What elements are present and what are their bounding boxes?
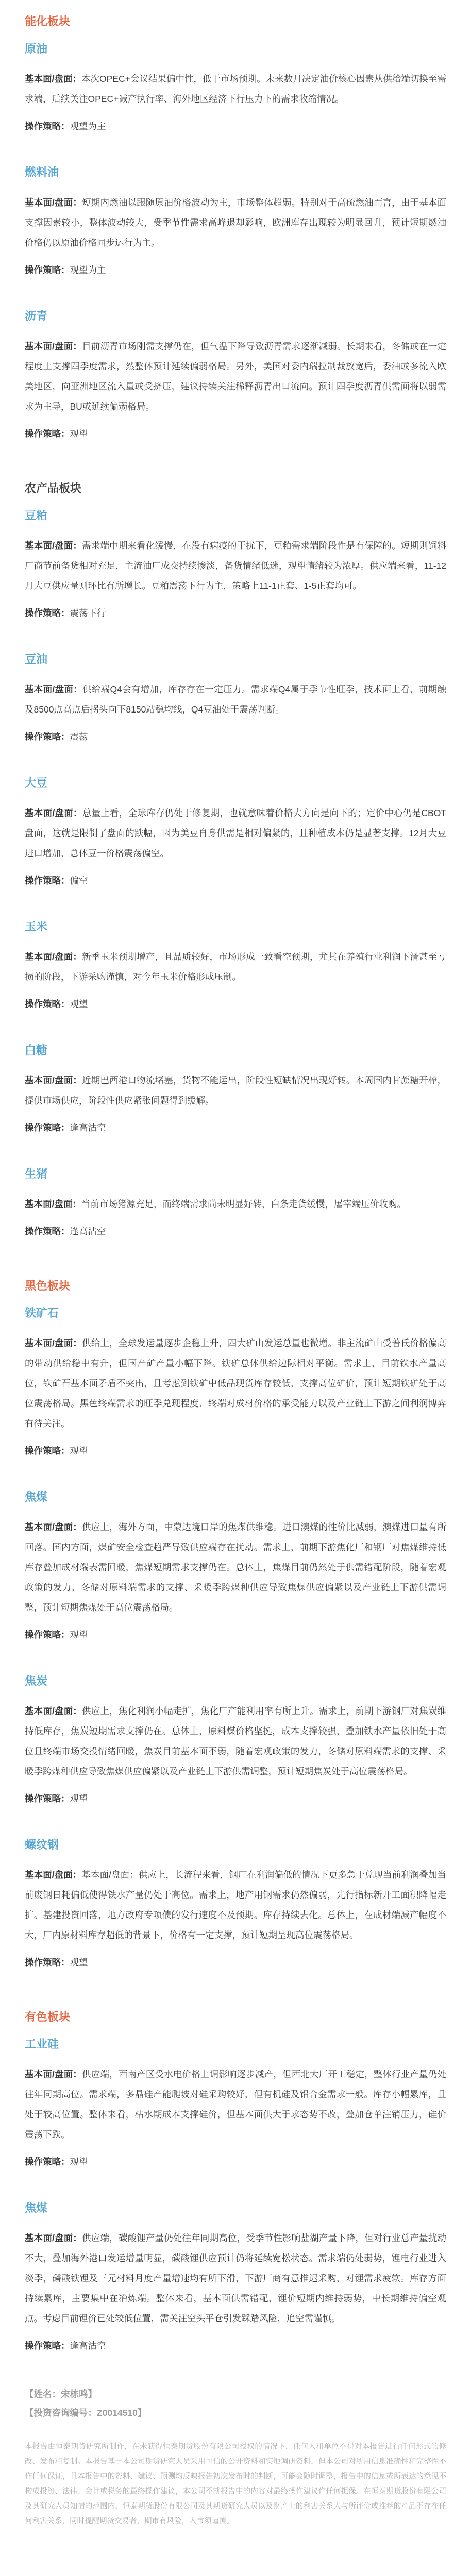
commodity-lithium-carbonate-titled-coking-coal: 焦煤 基本面/盘面：供应端，碳酸锂产量仍处往年同期高位，受季节性影响盐湖产量下降… bbox=[25, 2201, 446, 2356]
strategy-label: 操作策略： bbox=[25, 1123, 70, 1133]
commodity-title-industrial-silicon: 工业硅 bbox=[25, 2037, 446, 2051]
fundamental-text: 短期内燃油以跟随原油价格波动为主，市场整体趋弱。特别对于高硫燃油而言，由于基本面… bbox=[25, 197, 446, 248]
fundamental-paragraph: 基本面/盘面：总量上看，全球库存仍处于修复期，也就意味着价格大方向是向下的；定价… bbox=[25, 803, 446, 863]
fundamental-paragraph: 基本面/盘面：目前沥青市场刚需支撑仍在，但气温下降导致沥青需求逐渐减弱。长期来看… bbox=[25, 336, 446, 417]
strategy-label: 操作策略： bbox=[25, 1630, 70, 1640]
fundamental-text: 当前市场猪源充足，而终端需求尚未明显好转，白条走货缓慢，屠宰端压价收购。 bbox=[81, 1199, 406, 1209]
section-ferrous: 黑色板块 铁矿石 基本面/盘面：供给上，全球发运量逐步企稳上升，四大矿山发运总量… bbox=[25, 1270, 446, 1973]
commodity-iron-ore: 铁矿石 基本面/盘面：供给上，全球发运量逐步企稳上升，四大矿山发运总量也微增。非… bbox=[25, 1306, 446, 1461]
fundamental-label: 基本面/盘面： bbox=[25, 540, 82, 551]
fundamental-text: 新季玉米预期增产，且品质较好，市场形成一致看空预期，尤其在养殖行业利润下滑甚至亏… bbox=[25, 952, 446, 982]
fundamental-label: 基本面/盘面： bbox=[25, 1522, 82, 1532]
commodity-soybean-meal: 豆粕 基本面/盘面：需求端中期来看化缓慢，在没有病疫的干扰下，豆粕需求端阶段性是… bbox=[25, 509, 446, 623]
commodity-white-sugar: 白糖 基本面/盘面：近期巴西港口物流堵塞，货物不能运出，阶段性短缺情况出现好转。… bbox=[25, 1043, 446, 1138]
fundamental-label: 基本面/盘面： bbox=[25, 74, 81, 84]
fundamental-label: 基本面/盘面： bbox=[25, 197, 82, 208]
strategy-label: 操作策略： bbox=[25, 2341, 70, 2351]
strategy-paragraph: 操作策略：观望 bbox=[25, 1789, 446, 1809]
commodity-title-live-hog: 生猪 bbox=[25, 1167, 446, 1181]
strategy-text: 观望 bbox=[70, 1630, 88, 1640]
strategy-paragraph: 操作策略：观望为主 bbox=[25, 260, 446, 280]
fundamental-text: 供给上，全球发运量逐步企稳上升，四大矿山发运总量也微增。非主流矿山受普氏价格偏高… bbox=[25, 1338, 446, 1429]
strategy-paragraph: 操作策略：观望 bbox=[25, 994, 446, 1014]
strategy-paragraph: 操作策略：逢高沽空 bbox=[25, 1222, 446, 1242]
strategy-text: 观望 bbox=[70, 999, 88, 1009]
strategy-label: 操作策略： bbox=[25, 732, 70, 742]
commodity-coke: 焦炭 基本面/盘面：供应上，焦化利润小幅走扩，焦化厂产能利用率有所上升。需求上，… bbox=[25, 1674, 446, 1809]
strategy-label: 操作策略： bbox=[25, 608, 70, 618]
section-title-nonferrous: 有色板块 bbox=[25, 2002, 446, 2024]
strategy-text: 观望 bbox=[70, 1957, 88, 1968]
strategy-paragraph: 操作策略：观望 bbox=[25, 1953, 446, 1973]
fundamental-label: 基本面/盘面： bbox=[25, 684, 82, 694]
fundamental-paragraph: 基本面/盘面：供给端Q4会有增加，库存存在一定压力。需求端Q4属于季节性旺季，技… bbox=[25, 680, 446, 720]
fundamental-paragraph: 基本面/盘面：供应端，西南产区受水电价格上调影响逐步减产，但西北大厂开工稳定，整… bbox=[25, 2064, 446, 2145]
fundamental-text: 总量上看，全球库存仍处于修复期，也就意味着价格大方向是向下的；定价中心仍是CBO… bbox=[25, 808, 446, 858]
fundamental-text: 基本面/盘面：供应上，长流程来看，钢厂在利润偏低的情况下更多急于兑现当前利润叠加… bbox=[25, 1870, 446, 1940]
fundamental-text: 目前沥青市场刚需支撑仍在，但气温下降导致沥青需求逐渐减弱。长期来看，冬储或在一定… bbox=[25, 341, 446, 412]
strategy-label: 操作策略： bbox=[25, 1793, 70, 1804]
fundamental-label: 基本面/盘面： bbox=[25, 1870, 81, 1880]
strategy-text: 观望为主 bbox=[70, 121, 106, 131]
commodity-fuel-oil: 燃料油 基本面/盘面：短期内燃油以跟随原油价格波动为主，市场整体趋弱。特别对于高… bbox=[25, 165, 446, 280]
strategy-paragraph: 操作策略：震荡 bbox=[25, 727, 446, 747]
fundamental-label: 基本面/盘面： bbox=[25, 341, 82, 351]
strategy-text: 观望 bbox=[70, 1446, 88, 1456]
strategy-text: 观望 bbox=[70, 1793, 88, 1804]
section-title-energy-chemical: 能化板块 bbox=[25, 14, 446, 28]
fundamental-text: 近期巴西港口物流堵塞，货物不能运出，阶段性短缺情况出现好转。本周国内甘蔗糖开榨，… bbox=[25, 1075, 446, 1106]
fundamental-paragraph: 基本面/盘面：短期内燃油以跟随原油价格波动为主，市场整体趋弱。特别对于高硫燃油而… bbox=[25, 193, 446, 253]
commodity-title-soybean-oil: 豆油 bbox=[25, 652, 446, 666]
commodity-title-iron-ore: 铁矿石 bbox=[25, 1306, 446, 1320]
fundamental-paragraph: 基本面/盘面：供应端，碳酸锂产量仍处往年同期高位，受季节性影响盐湖产量下降，但对… bbox=[25, 2228, 446, 2329]
strategy-paragraph: 操作策略：偏空 bbox=[25, 871, 446, 891]
fundamental-text: 供应端，西南产区受水电价格上调影响逐步减产，但西北大厂开工稳定，整体行业产量仍处… bbox=[25, 2069, 446, 2140]
commodity-coking-coal: 焦煤 基本面/盘面：供应上，海外方面，中蒙边境口岸的焦煤供维稳。进口澳煤的性价比… bbox=[25, 1490, 446, 1645]
fundamental-paragraph: 基本面/盘面：本次OPEC+会议结果偏中性，低于市场预期。未来数月决定油价核心因… bbox=[25, 69, 446, 109]
strategy-text: 逢高沽空 bbox=[70, 1123, 106, 1133]
author-block: 【姓名：宋栋鸣】 【投资咨询编号：Z0014510】 bbox=[25, 2385, 446, 2422]
commodity-title-soybean: 大豆 bbox=[25, 776, 446, 790]
strategy-text: 观望为主 bbox=[70, 265, 106, 275]
commodity-title-corn: 玉米 bbox=[25, 920, 446, 934]
commodity-title-coking-coal-2: 焦煤 bbox=[25, 2201, 446, 2215]
commodity-title-white-sugar: 白糖 bbox=[25, 1043, 446, 1057]
fundamental-label: 基本面/盘面： bbox=[25, 1706, 82, 1716]
commodity-title-soybean-meal: 豆粕 bbox=[25, 509, 446, 522]
author-name-line: 【姓名：宋栋鸣】 bbox=[25, 2385, 446, 2403]
fundamental-label: 基本面/盘面： bbox=[25, 2069, 82, 2079]
strategy-text: 观望 bbox=[70, 429, 88, 439]
fundamental-paragraph: 基本面/盘面：供应上，焦化利润小幅走扩，焦化厂产能利用率有所上升。需求上，前期下… bbox=[25, 1701, 446, 1782]
strategy-label: 操作策略： bbox=[25, 999, 70, 1009]
fundamental-paragraph: 基本面/盘面：基本面/盘面：供应上，长流程来看，钢厂在利润偏低的情况下更多急于兑… bbox=[25, 1865, 446, 1945]
commodity-soybean: 大豆 基本面/盘面：总量上看，全球库存仍处于修复期，也就意味着价格大方向是向下的… bbox=[25, 776, 446, 891]
commodity-rebar: 螺纹钢 基本面/盘面：基本面/盘面：供应上，长流程来看，钢厂在利润偏低的情况下更… bbox=[25, 1838, 446, 1973]
fundamental-text: 供给端Q4会有增加，库存存在一定压力。需求端Q4属于季节性旺季，技术面上看，前期… bbox=[25, 684, 446, 715]
author-license-line: 【投资咨询编号：Z0014510】 bbox=[25, 2403, 446, 2422]
section-title-agriculture: 农产品板块 bbox=[25, 473, 446, 495]
fundamental-text: 需求端中期来看化缓慢，在没有病疫的干扰下，豆粕需求端阶段性是有保障的。短期则饲料… bbox=[25, 540, 446, 591]
fundamental-label: 基本面/盘面： bbox=[25, 1338, 82, 1348]
fundamental-label: 基本面/盘面： bbox=[25, 808, 82, 818]
disclaimer-text: 本报告由恒泰期货研究所制作，在未获得恒泰期货股份有限公司授权的情况下，任何人和单… bbox=[25, 2439, 446, 2529]
strategy-paragraph: 操作策略：逢高沽空 bbox=[25, 2336, 446, 2356]
commodity-asphalt: 沥青 基本面/盘面：目前沥青市场刚需支撑仍在，但气温下降导致沥青需求逐渐减弱。长… bbox=[25, 309, 446, 444]
section-agriculture: 农产品板块 豆粕 基本面/盘面：需求端中期来看化缓慢，在没有病疫的干扰下，豆粕需… bbox=[25, 473, 446, 1242]
strategy-paragraph: 操作策略：观望 bbox=[25, 2152, 446, 2172]
commodity-title-rebar: 螺纹钢 bbox=[25, 1838, 446, 1852]
strategy-paragraph: 操作策略：逢高沽空 bbox=[25, 1118, 446, 1138]
strategy-label: 操作策略： bbox=[25, 2157, 70, 2167]
strategy-paragraph: 操作策略：观望 bbox=[25, 424, 446, 444]
commodity-soybean-oil: 豆油 基本面/盘面：供给端Q4会有增加，库存存在一定压力。需求端Q4属于季节性旺… bbox=[25, 652, 446, 747]
strategy-label: 操作策略： bbox=[25, 1957, 70, 1968]
fundamental-paragraph: 基本面/盘面：新季玉米预期增产，且品质较好，市场形成一致看空预期，尤其在养殖行业… bbox=[25, 947, 446, 987]
strategy-text: 逢高沽空 bbox=[70, 1226, 106, 1236]
commodity-title-crude-oil: 原油 bbox=[25, 42, 446, 56]
commodity-title-coke: 焦炭 bbox=[25, 1674, 446, 1688]
strategy-label: 操作策略： bbox=[25, 1226, 70, 1236]
fundamental-paragraph: 基本面/盘面：当前市场猪源充足，而终端需求尚未明显好转，白条走货缓慢，屠宰端压价… bbox=[25, 1194, 446, 1214]
fundamental-paragraph: 基本面/盘面：近期巴西港口物流堵塞，货物不能运出，阶段性短缺情况出现好转。本周国… bbox=[25, 1071, 446, 1111]
commodity-title-coking-coal: 焦煤 bbox=[25, 1490, 446, 1504]
section-energy-chemical: 能化板块 原油 基本面/盘面：本次OPEC+会议结果偏中性，低于市场预期。未来数… bbox=[25, 14, 446, 444]
commodity-crude-oil: 原油 基本面/盘面：本次OPEC+会议结果偏中性，低于市场预期。未来数月决定油价… bbox=[25, 42, 446, 137]
commodity-industrial-silicon: 工业硅 基本面/盘面：供应端，西南产区受水电价格上调影响逐步减产，但西北大厂开工… bbox=[25, 2037, 446, 2172]
strategy-label: 操作策略： bbox=[25, 265, 70, 275]
strategy-paragraph: 操作策略：观望为主 bbox=[25, 116, 446, 137]
strategy-paragraph: 操作策略：观望 bbox=[25, 1625, 446, 1645]
strategy-label: 操作策略： bbox=[25, 875, 70, 886]
fundamental-text: 供应上，焦化利润小幅走扩，焦化厂产能利用率有所上升。需求上，前期下游钢厂对焦炭维… bbox=[25, 1706, 446, 1776]
commodity-live-hog: 生猪 基本面/盘面：当前市场猪源充足，而终端需求尚未明显好转，白条走货缓慢，屠宰… bbox=[25, 1167, 446, 1242]
fundamental-label: 基本面/盘面： bbox=[25, 1199, 81, 1209]
strategy-text: 偏空 bbox=[70, 875, 88, 886]
strategy-text: 逢高沽空 bbox=[70, 2341, 106, 2351]
commodity-corn: 玉米 基本面/盘面：新季玉米预期增产，且品质较好，市场形成一致看空预期，尤其在养… bbox=[25, 920, 446, 1014]
fundamental-label: 基本面/盘面： bbox=[25, 1075, 82, 1086]
fundamental-label: 基本面/盘面： bbox=[25, 952, 82, 962]
strategy-label: 操作策略： bbox=[25, 121, 70, 131]
report-page: 能化板块 原油 基本面/盘面：本次OPEC+会议结果偏中性，低于市场预期。未来数… bbox=[0, 0, 471, 2561]
commodity-title-fuel-oil: 燃料油 bbox=[25, 165, 446, 179]
strategy-text: 观望 bbox=[70, 2157, 88, 2167]
commodity-title-asphalt: 沥青 bbox=[25, 309, 446, 323]
fundamental-text: 供应端，碳酸锂产量仍处往年同期高位，受季节性影响盐湖产量下降，但对行业总产量扰动… bbox=[25, 2233, 446, 2324]
strategy-text: 震荡 bbox=[70, 732, 88, 742]
section-nonferrous: 有色板块 工业硅 基本面/盘面：供应端，西南产区受水电价格上调影响逐步减产，但西… bbox=[25, 2002, 446, 2356]
section-title-ferrous: 黑色板块 bbox=[25, 1270, 446, 1293]
strategy-text: 震荡下行 bbox=[70, 608, 106, 618]
strategy-paragraph: 操作策略：观望 bbox=[25, 1441, 446, 1461]
strategy-label: 操作策略： bbox=[25, 1446, 70, 1456]
fundamental-text: 供应上，海外方面，中蒙边境口岸的焦煤供维稳。进口澳煤的性价比减弱，澳煤进口量有所… bbox=[25, 1522, 446, 1613]
fundamental-paragraph: 基本面/盘面：需求端中期来看化缓慢，在没有病疫的干扰下，豆粕需求端阶段性是有保障… bbox=[25, 536, 446, 596]
fundamental-text: 本次OPEC+会议结果偏中性，低于市场预期。未来数月决定油价核心因素从供给端切换… bbox=[25, 74, 446, 104]
strategy-paragraph: 操作策略：震荡下行 bbox=[25, 603, 446, 623]
fundamental-label: 基本面/盘面： bbox=[25, 2233, 82, 2243]
strategy-label: 操作策略： bbox=[25, 429, 70, 439]
fundamental-paragraph: 基本面/盘面：供给上，全球发运量逐步企稳上升，四大矿山发运总量也微增。非主流矿山… bbox=[25, 1333, 446, 1434]
fundamental-paragraph: 基本面/盘面：供应上，海外方面，中蒙边境口岸的焦煤供维稳。进口澳煤的性价比减弱，… bbox=[25, 1517, 446, 1618]
